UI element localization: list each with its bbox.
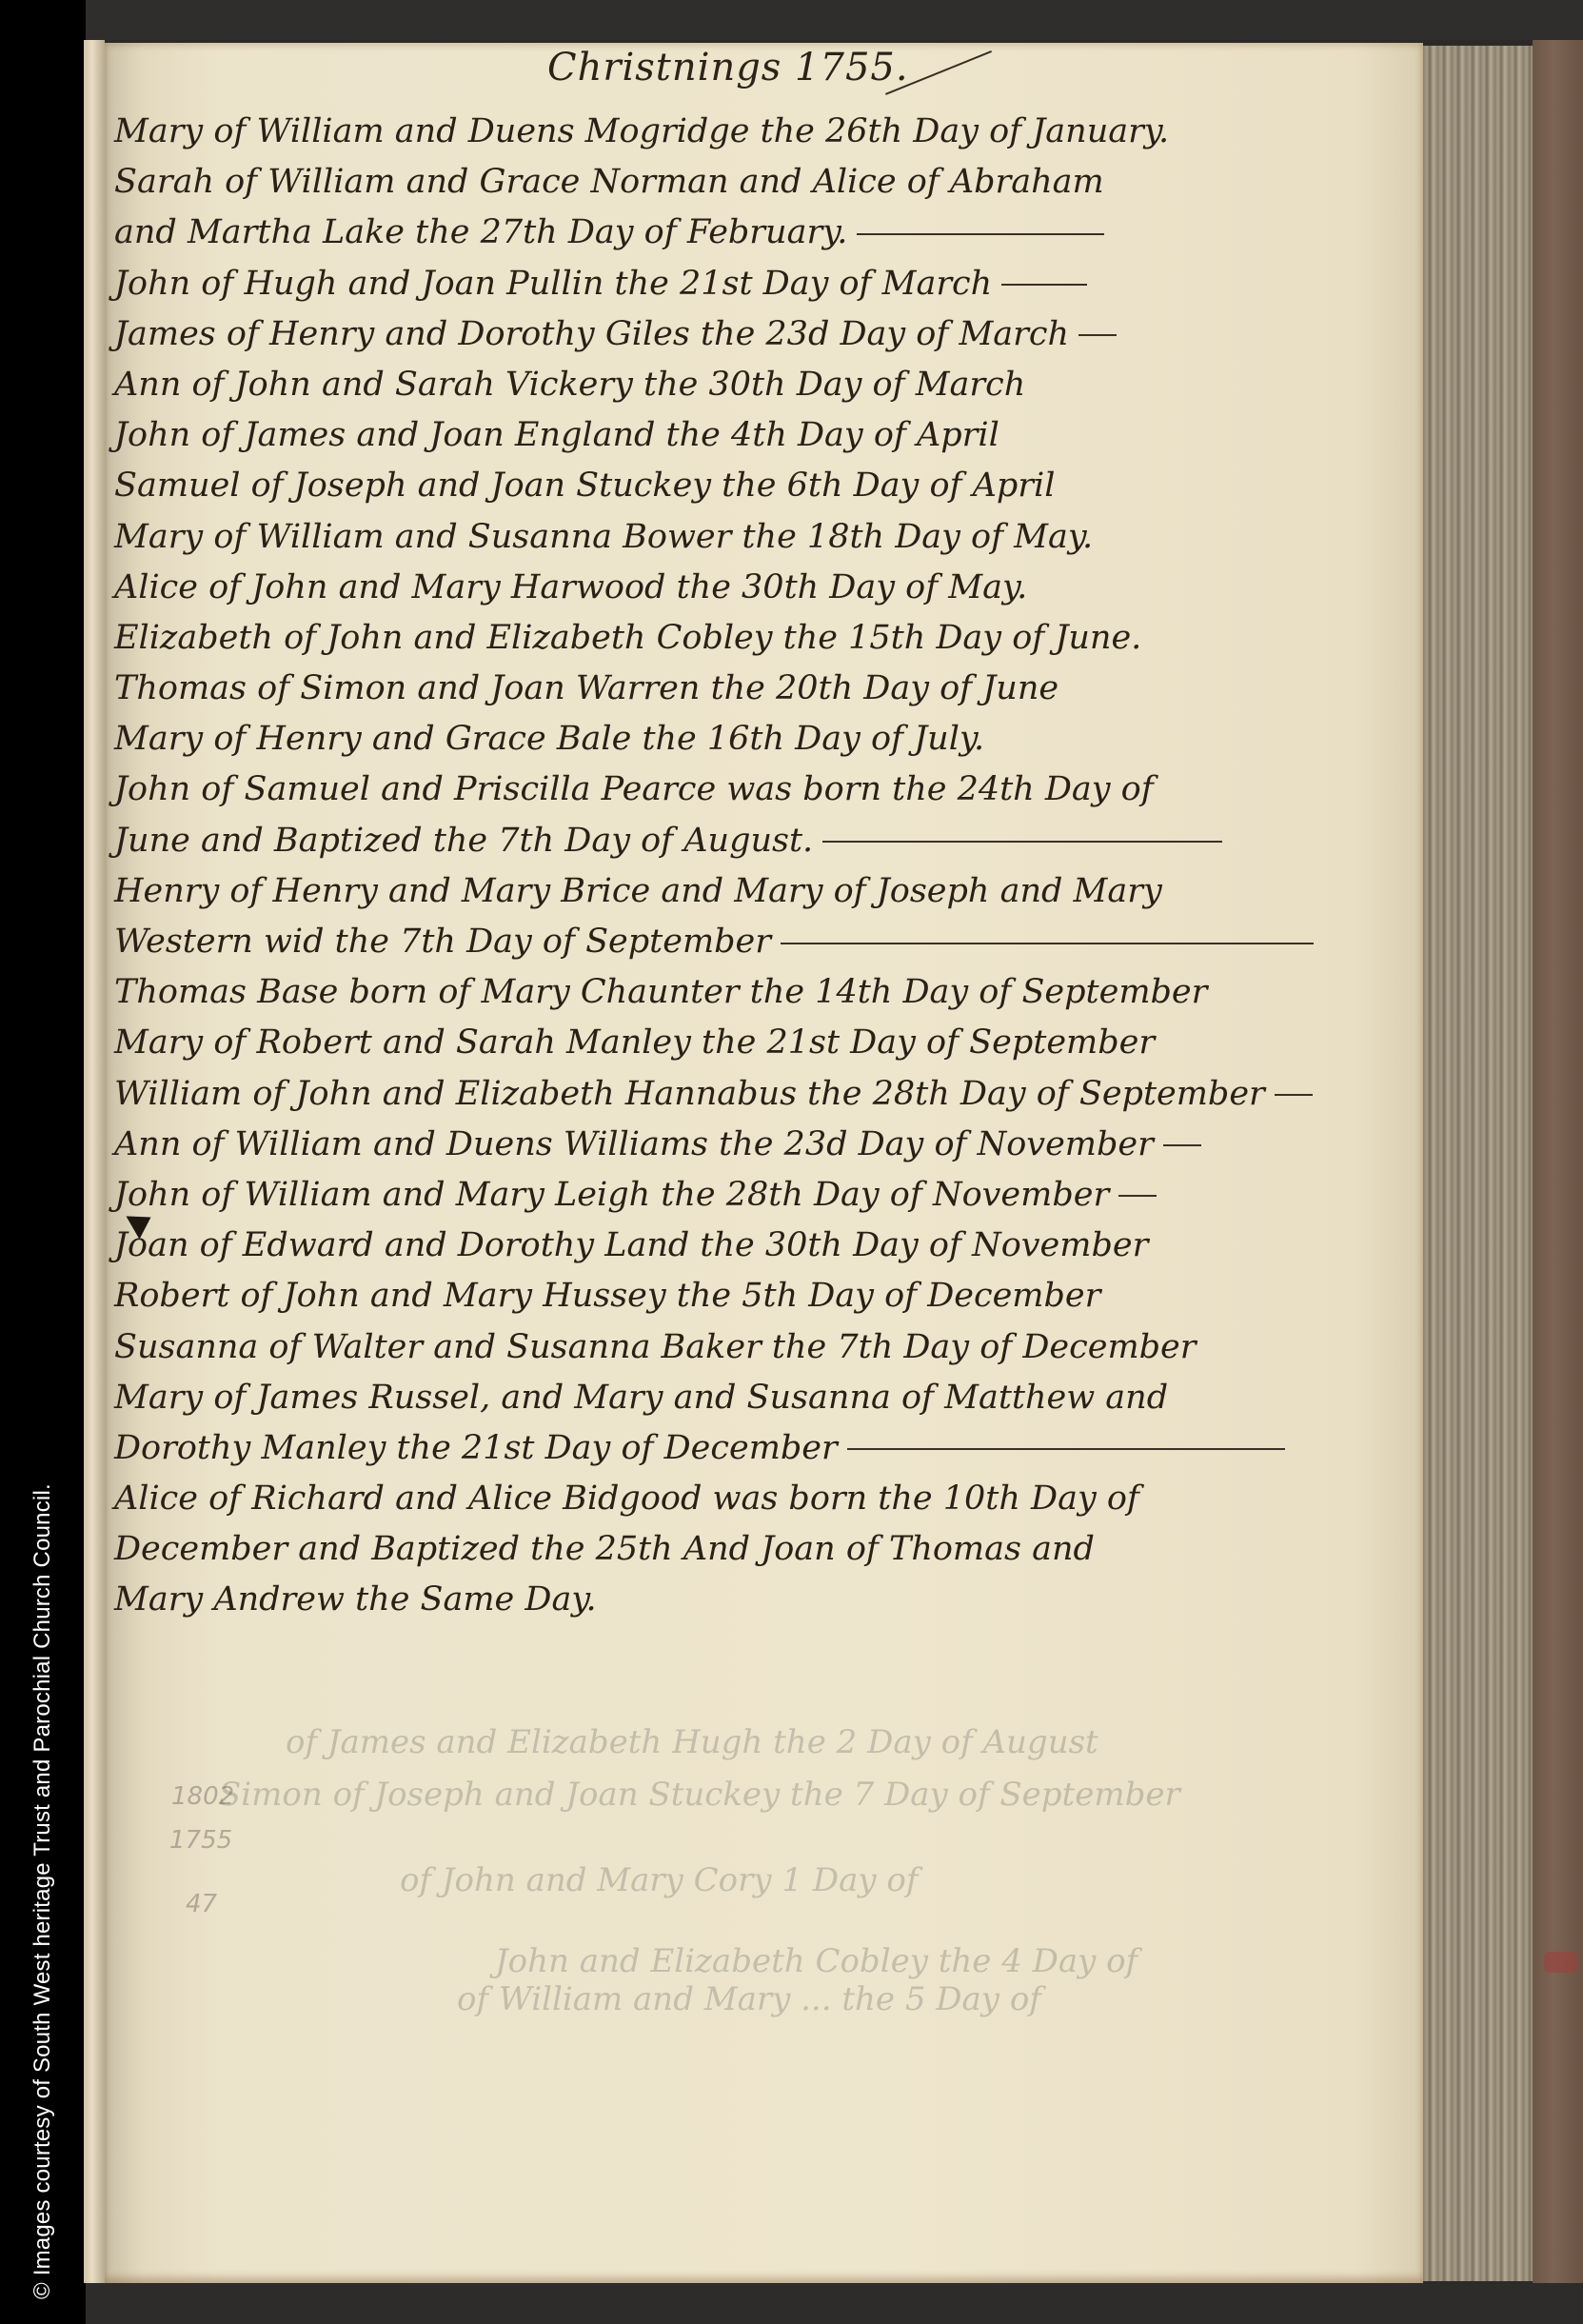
entry-text: Sarah of William and Grace Norman and Al… bbox=[114, 163, 1104, 201]
register-entry-line: Mary of Robert and Sarah Manley the 21st… bbox=[114, 1018, 1418, 1068]
register-entry-line: Susanna of Walter and Susanna Baker the … bbox=[114, 1322, 1418, 1373]
bottom-background-band bbox=[0, 2283, 1583, 2324]
entry-text: Henry of Henry and Mary Brice and Mary o… bbox=[114, 872, 1162, 910]
register-entry-line: Thomas Base born of Mary Chaunter the 14… bbox=[114, 967, 1418, 1018]
register-entry-line: Mary of James Russel, and Mary and Susan… bbox=[114, 1373, 1418, 1423]
entry-text: John of Samuel and Priscilla Pearce was … bbox=[114, 770, 1154, 808]
line-filler-rule bbox=[847, 1448, 1285, 1450]
entry-text: James of Henry and Dorothy Giles the 23d… bbox=[114, 315, 1069, 353]
book-cover-edge bbox=[1533, 40, 1583, 2283]
register-entry-line: Ann of John and Sarah Vickery the 30th D… bbox=[114, 360, 1418, 410]
line-filler-rule bbox=[1163, 1144, 1201, 1146]
top-background-band bbox=[0, 0, 1583, 40]
entry-text: Western wid the 7th Day of September bbox=[114, 923, 771, 961]
register-entry-line: Mary of William and Duens Mogridge the 2… bbox=[114, 107, 1418, 157]
entry-text: Mary of James Russel, and Mary and Susan… bbox=[114, 1379, 1168, 1417]
register-entry-line: December and Baptized the 25th And Joan … bbox=[114, 1524, 1418, 1575]
line-filler-rule bbox=[1001, 284, 1087, 286]
register-entry-line: Elizabeth of John and Elizabeth Cobley t… bbox=[114, 613, 1418, 664]
register-entry-line: Ann of William and Duens Williams the 23… bbox=[114, 1120, 1418, 1170]
cover-red-stain bbox=[1544, 1952, 1577, 1973]
line-filler-rule bbox=[1078, 334, 1117, 336]
register-entry-line: John of Hugh and Joan Pullin the 21st Da… bbox=[114, 259, 1418, 309]
bleed-through-line: Simon of Joseph and Joan Stuckey the 7 D… bbox=[219, 1776, 1180, 1814]
copyright-caption: © Images courtesy of South West heritage… bbox=[31, 1483, 54, 2299]
register-entry-line: Samuel of Joseph and Joan Stuckey the 6t… bbox=[114, 461, 1418, 511]
register-entry-line: Henry of Henry and Mary Brice and Mary o… bbox=[114, 866, 1418, 917]
register-entry-line: Western wid the 7th Day of September bbox=[114, 917, 1418, 967]
entry-text: Mary of William and Duens Mogridge the 2… bbox=[114, 112, 1169, 150]
register-entry-line: James of Henry and Dorothy Giles the 23d… bbox=[114, 309, 1418, 360]
copyright-strip: © Images courtesy of South West heritage… bbox=[0, 0, 86, 2324]
entry-text: Thomas of Simon and Joan Warren the 20th… bbox=[114, 669, 1059, 707]
bleed-through-line: of William and Mary ... the 5 Day of bbox=[457, 1980, 1041, 2018]
entry-text: Mary of William and Susanna Bower the 18… bbox=[114, 518, 1093, 556]
entry-text: Mary of Robert and Sarah Manley the 21st… bbox=[114, 1023, 1155, 1062]
entry-text: Alice of Richard and Alice Bidgood was b… bbox=[114, 1480, 1139, 1518]
line-filler-rule bbox=[1275, 1094, 1313, 1096]
bleed-through-line: John and Elizabeth Cobley the 4 Day of bbox=[495, 1942, 1138, 1980]
pencil-note: 47 bbox=[186, 1890, 217, 1918]
entry-text: Samuel of Joseph and Joan Stuckey the 6t… bbox=[114, 467, 1055, 505]
register-entry-line: June and Baptized the 7th Day of August. bbox=[114, 816, 1418, 866]
register-entry-line: William of John and Elizabeth Hannabus t… bbox=[114, 1069, 1418, 1120]
register-entry-line: Dorothy Manley the 21st Day of December bbox=[114, 1423, 1418, 1474]
entry-text: Joan of Edward and Dorothy Land the 30th… bbox=[114, 1226, 1148, 1264]
pencil-note: 1755 bbox=[169, 1826, 232, 1855]
register-entry-line: Mary Andrew the Same Day. bbox=[114, 1575, 1418, 1625]
entry-text: and Martha Lake the 27th Day of February… bbox=[114, 213, 847, 251]
entry-text: John of William and Mary Leigh the 28th … bbox=[114, 1176, 1109, 1214]
entry-text: Mary of Henry and Grace Bale the 16th Da… bbox=[114, 720, 984, 758]
register-entry-line: John of William and Mary Leigh the 28th … bbox=[114, 1170, 1418, 1221]
entry-text: Mary Andrew the Same Day. bbox=[114, 1580, 597, 1619]
entry-text: Elizabeth of John and Elizabeth Cobley t… bbox=[114, 619, 1141, 657]
register-entry-line: Sarah of William and Grace Norman and Al… bbox=[114, 157, 1418, 208]
entry-text: Ann of John and Sarah Vickery the 30th D… bbox=[114, 366, 1025, 404]
register-entry-line: Robert of John and Mary Hussey the 5th D… bbox=[114, 1271, 1418, 1321]
register-entry-line: and Martha Lake the 27th Day of February… bbox=[114, 208, 1418, 258]
register-entry-line: Alice of Richard and Alice Bidgood was b… bbox=[114, 1474, 1418, 1524]
entry-text: December and Baptized the 25th And Joan … bbox=[114, 1530, 1095, 1568]
entry-text: William of John and Elizabeth Hannabus t… bbox=[114, 1075, 1265, 1113]
entry-text: Alice of John and Mary Harwood the 30th … bbox=[114, 568, 1027, 606]
line-filler-rule bbox=[781, 943, 1314, 944]
register-entry-line: John of James and Joan England the 4th D… bbox=[114, 410, 1418, 461]
line-filler-rule bbox=[857, 233, 1104, 235]
register-entry-line: Mary of Henry and Grace Bale the 16th Da… bbox=[114, 714, 1418, 765]
entry-text: Susanna of Walter and Susanna Baker the … bbox=[114, 1328, 1196, 1366]
entry-text: June and Baptized the 7th Day of August. bbox=[114, 822, 813, 860]
entry-text: Dorothy Manley the 21st Day of December bbox=[114, 1429, 838, 1467]
baptism-entries: Mary of William and Duens Mogridge the 2… bbox=[114, 107, 1418, 1626]
register-entry-line: Joan of Edward and Dorothy Land the 30th… bbox=[114, 1221, 1418, 1271]
bleed-through-line: of James and Elizabeth Hugh the 2 Day of… bbox=[286, 1723, 1098, 1761]
entry-text: John of Hugh and Joan Pullin the 21st Da… bbox=[114, 265, 992, 303]
line-filler-rule bbox=[1118, 1195, 1157, 1197]
line-filler-rule bbox=[822, 841, 1222, 843]
entry-text: John of James and Joan England the 4th D… bbox=[114, 416, 999, 454]
pencil-note: 1802 bbox=[171, 1782, 234, 1811]
entry-text: Robert of John and Mary Hussey the 5th D… bbox=[114, 1277, 1100, 1315]
register-entry-line: Alice of John and Mary Harwood the 30th … bbox=[114, 563, 1418, 613]
page-heading: Christnings 1755. bbox=[547, 46, 909, 89]
bleed-through-line: of John and Mary Cory 1 Day of bbox=[400, 1861, 918, 1899]
register-entry-line: John of Samuel and Priscilla Pearce was … bbox=[114, 765, 1418, 815]
left-page-edge bbox=[84, 40, 105, 2283]
register-entry-line: Thomas of Simon and Joan Warren the 20th… bbox=[114, 664, 1418, 714]
entry-text: Thomas Base born of Mary Chaunter the 14… bbox=[114, 973, 1207, 1011]
register-entry-line: Mary of William and Susanna Bower the 18… bbox=[114, 512, 1418, 563]
entry-text: Ann of William and Duens Williams the 23… bbox=[114, 1125, 1154, 1163]
page-stack-fore-edge bbox=[1423, 46, 1533, 2281]
